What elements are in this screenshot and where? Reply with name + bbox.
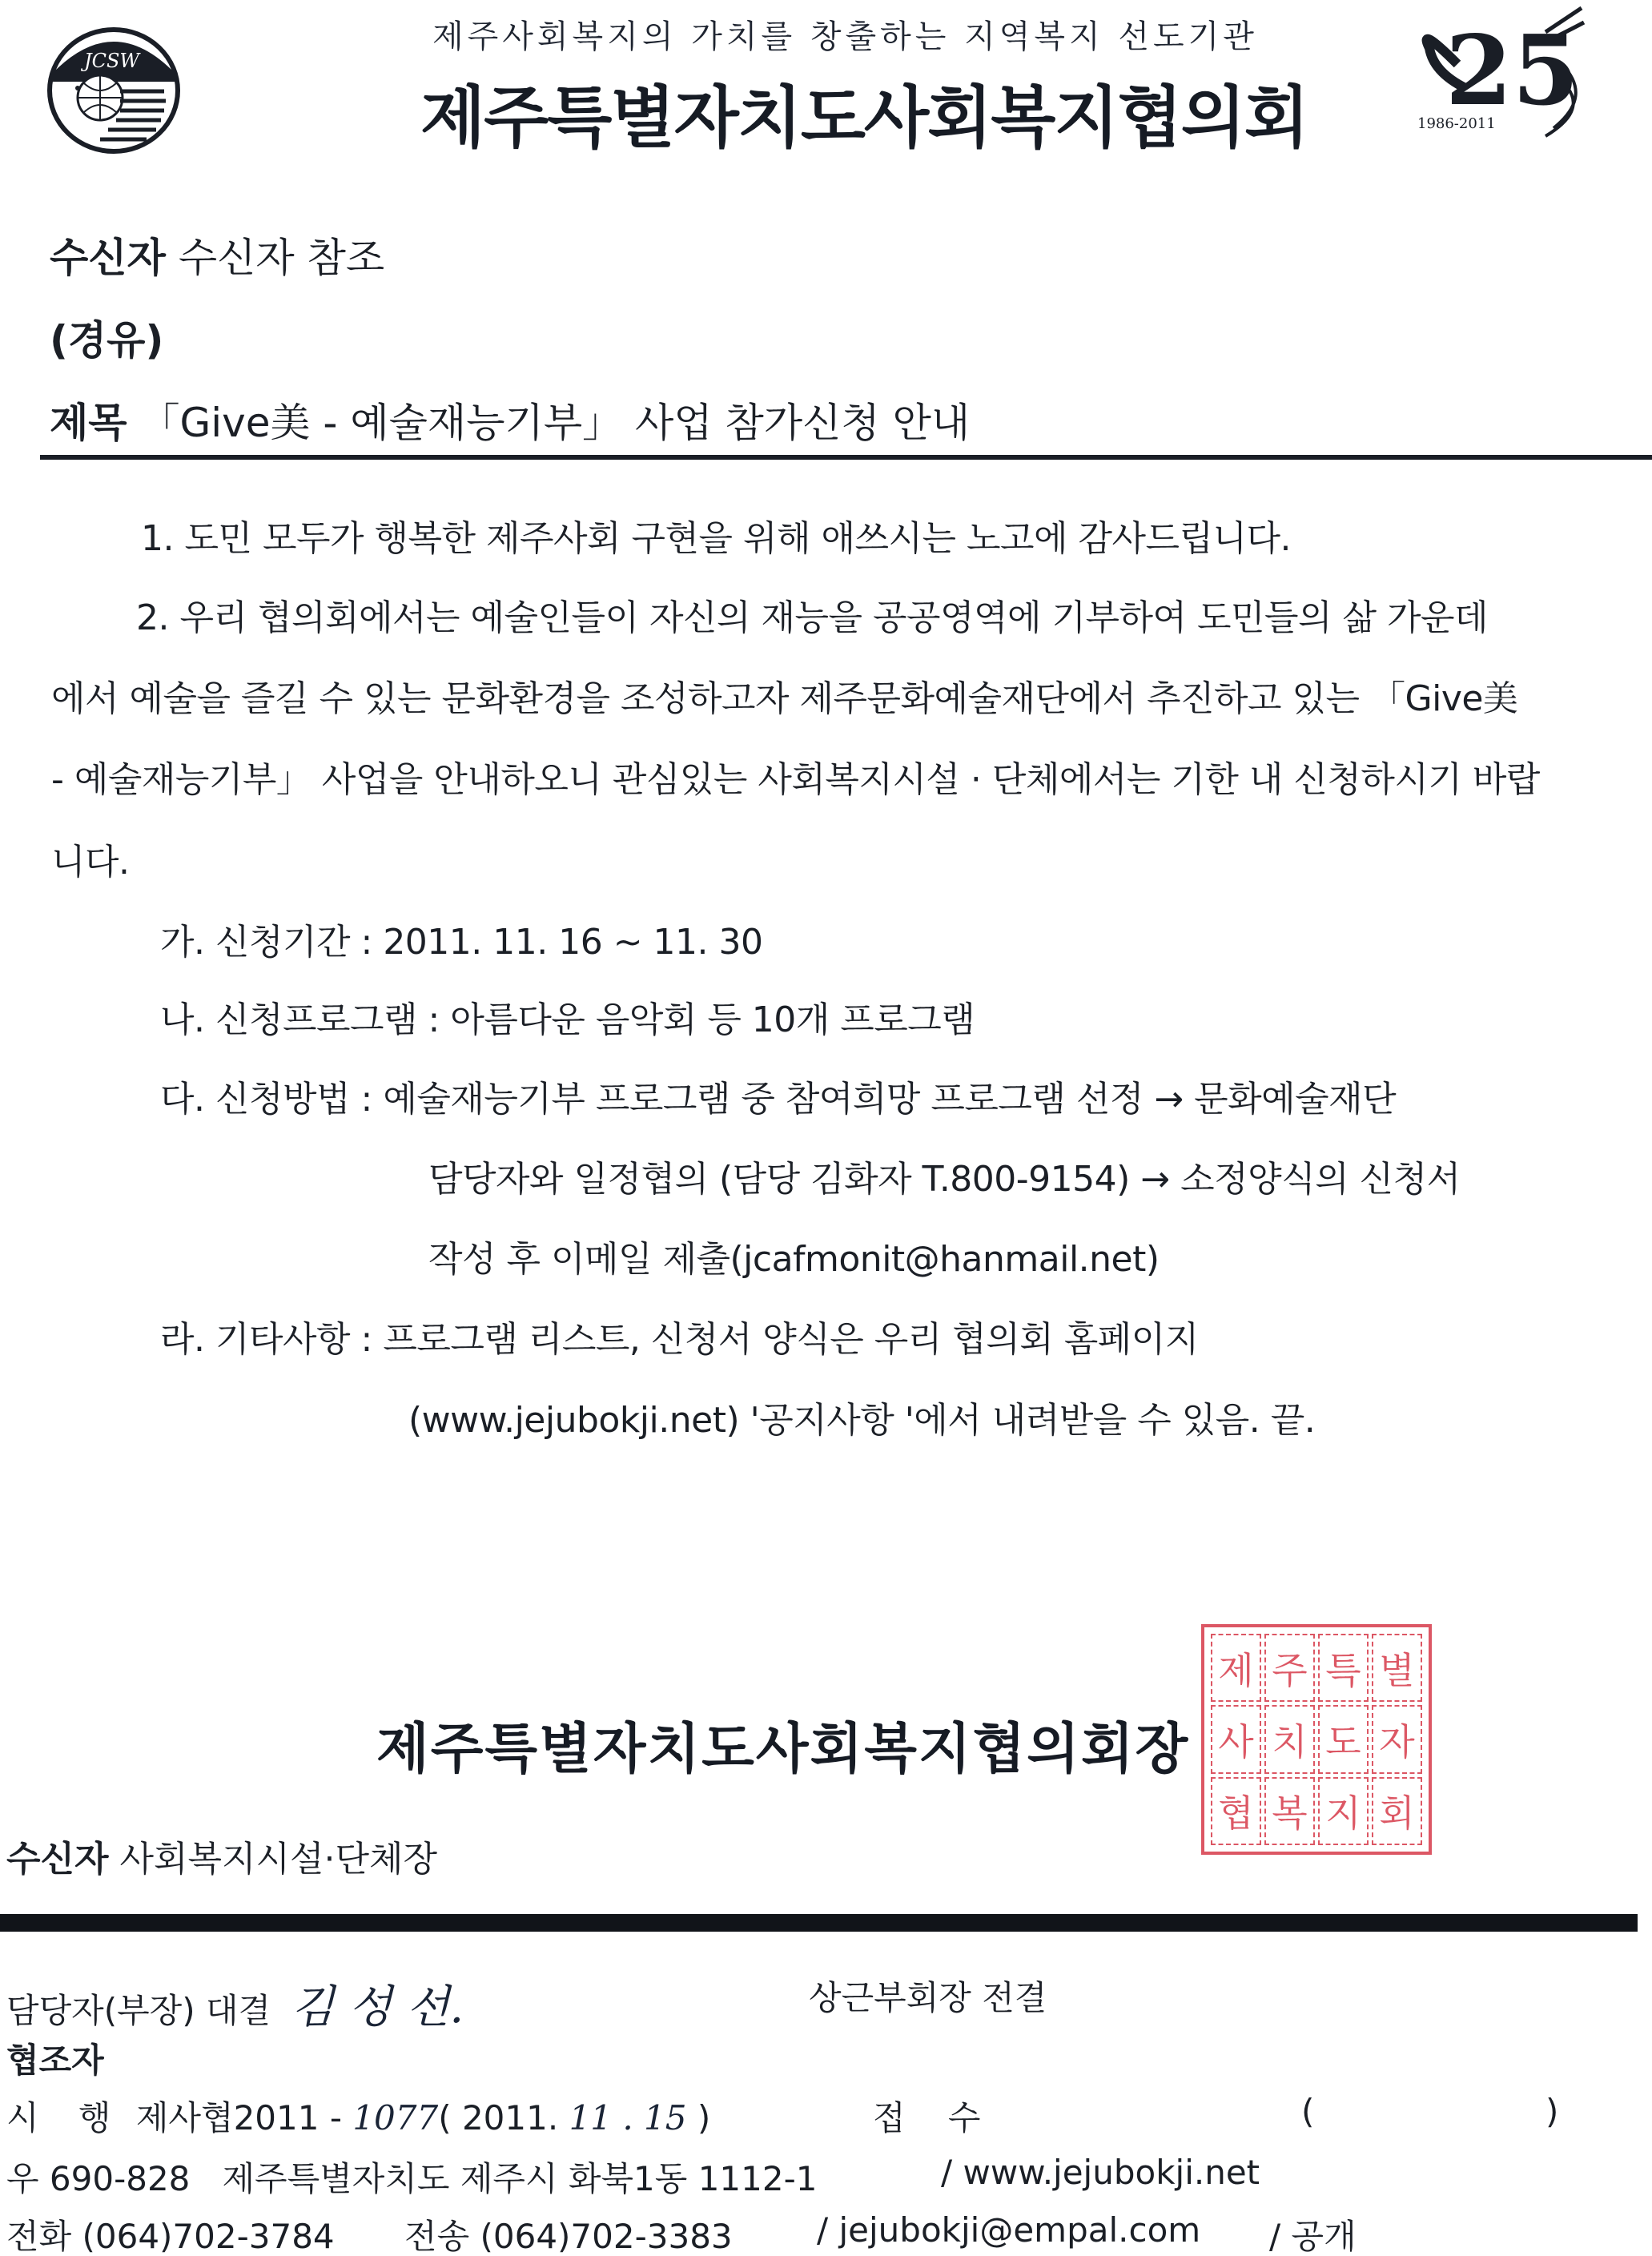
jcsw-logo: JCSW: [44, 26, 184, 155]
recipient-label: 수신자: [50, 235, 166, 281]
recipients-value: 사회복지시설·단체장: [120, 1839, 438, 1880]
seal-char: 치: [1264, 1705, 1315, 1773]
subject-label: 제목: [50, 400, 127, 446]
seal-char: 도: [1318, 1705, 1369, 1773]
svg-text:1986-2011: 1986-2011: [1417, 115, 1496, 132]
receipt-open: (: [1301, 2092, 1314, 2131]
enforcement-date-suffix: ): [697, 2098, 710, 2137]
org-slogan: 제주사회복지의 가치를 창출하는 지역복지 선도기관: [432, 11, 1258, 57]
paragraph-2-line-3: - 예술재능기부」 사업을 안내하오니 관심있는 사회복지시설 · 단체에서는 …: [51, 750, 1540, 802]
item-na-label: 나. 신청프로그램 :: [160, 999, 440, 1040]
seal-char: 사: [1211, 1705, 1261, 1773]
enforcement-label: 시 행: [6, 2098, 126, 2137]
drafter-line: 담당자(부장) 대결 김 성 선.: [6, 1972, 464, 2036]
approver: 상근부회장 전결: [809, 1972, 1047, 2020]
seal-char: 특: [1318, 1634, 1369, 1702]
fax: 전송 (064)702-3383: [404, 2210, 733, 2256]
enforcement-prefix: 제사협2011 -: [136, 2098, 342, 2137]
enforcement-line: 시 행 제사협2011 - 1077( 2011. 11 . 15 ): [6, 2092, 710, 2140]
phone: 전화 (064)702-3784: [6, 2210, 335, 2256]
enforcement-date-prefix: ( 2011.: [438, 2098, 558, 2137]
recipient-value: 수신자 참조: [179, 235, 384, 281]
svg-text:25: 25: [1445, 14, 1579, 127]
seal-char: 회: [1372, 1777, 1422, 1845]
official-seal: 제 주 특 별 사 치 도 자 협 복 지 회: [1201, 1624, 1432, 1855]
anniversary-logo: 25 1986-2011: [1409, 0, 1594, 144]
receipt-label: 접 수: [873, 2092, 997, 2140]
item-da-label: 다. 신청방법 :: [160, 1079, 372, 1120]
item-na: 나. 신청프로그램 : 아름다운 음악회 등 10개 프로그램: [160, 991, 975, 1042]
drafter-label: 담당자(부장) 대결: [6, 1991, 271, 2030]
seal-char: 별: [1372, 1634, 1422, 1702]
paragraph-2-line-1: 2. 우리 협의회에서는 예술인들이 자신의 재능을 공공영역에 기부하여 도민…: [136, 589, 1488, 640]
enforcement-date: 11 . 15: [569, 2098, 687, 2137]
receipt-close: ): [1545, 2092, 1558, 2131]
disclosure-status: / 공개: [1269, 2210, 1357, 2256]
item-ra-value-1: 프로그램 리스트, 신청서 양식은 우리 협의회 홈페이지: [383, 1319, 1199, 1360]
recipients-line: 수신자 사회복지시설·단체장: [6, 1830, 437, 1881]
drafter-signature: 김 성 선.: [291, 1981, 464, 2033]
item-ga-label: 가. 신청기간 :: [160, 922, 372, 963]
seal-char: 지: [1318, 1777, 1369, 1845]
item-ra-value-2: (www.jejubokji.net) '공지사항 '에서 내려받을 수 있음.…: [408, 1391, 1315, 1442]
email-link[interactable]: / jejubokji@empal.com: [817, 2210, 1200, 2250]
item-na-value: 아름다운 음악회 등 10개 프로그램: [450, 999, 975, 1040]
seal-char: 자: [1372, 1705, 1422, 1773]
item-ra-label: 라. 기타사항 :: [160, 1319, 372, 1360]
enforcement-number: 1077: [352, 2098, 438, 2137]
item-da: 다. 신청방법 : 예술재능기부 프로그램 중 참여희망 프로그램 선정 → 문…: [160, 1070, 1396, 1121]
footer-divider: [0, 1914, 1638, 1932]
item-da-value-2: 담당자와 일정협의 (담당 김화자 T.800-9154) → 소정양식의 신청…: [428, 1150, 1461, 1201]
postal-code: 우 690-828: [6, 2159, 190, 2198]
address: 제주특별자치도 제주시 화북1동 1112-1: [222, 2159, 817, 2198]
cooperator-label: 협조자: [6, 2034, 104, 2082]
paragraph-2-line-2: 에서 예술을 즐길 수 있는 문화환경을 조성하고자 제주문화예술재단에서 추진…: [51, 670, 1517, 721]
item-da-value-3: 작성 후 이메일 제출(jcafmonit@hanmail.net): [428, 1230, 1160, 1281]
seal-char: 제: [1211, 1634, 1261, 1702]
item-ga: 가. 신청기간 : 2011. 11. 16 ~ 11. 30: [160, 913, 763, 964]
via-label: (경유): [50, 317, 163, 364]
paragraph-1: 1. 도민 모두가 행복한 제주사회 구현을 위해 애쓰시는 노고에 감사드립니…: [141, 509, 1291, 561]
subject-value: 「Give美 - 예술재능기부」 사업 참가신청 안내: [140, 400, 971, 446]
address-line: 우 690-828 제주특별자치도 제주시 화북1동 1112-1: [6, 2153, 817, 2201]
svg-text:JCSW: JCSW: [80, 50, 141, 72]
item-ga-value: 2011. 11. 16 ~ 11. 30: [383, 922, 762, 963]
recipients-label: 수신자: [6, 1839, 109, 1880]
website-link[interactable]: / www.jejubokji.net: [941, 2153, 1260, 2192]
header-divider: [40, 455, 1652, 460]
seal-char: 협: [1211, 1777, 1261, 1845]
item-ra: 라. 기타사항 : 프로그램 리스트, 신청서 양식은 우리 협의회 홈페이지: [160, 1310, 1199, 1361]
via-line: (경유): [50, 308, 163, 366]
seal-char: 주: [1264, 1634, 1315, 1702]
paragraph-2-line-4: 니다.: [51, 833, 130, 884]
org-title: 제주특별자치도사회복지협의회: [420, 64, 1308, 161]
item-da-value-1: 예술재능기부 프로그램 중 참여희망 프로그램 선정 → 문화예술재단: [383, 1079, 1396, 1120]
seal-char: 복: [1264, 1777, 1315, 1845]
recipient-line: 수신자 수신자 참조: [50, 226, 384, 284]
signatory-title: 제주특별자치도사회복지협의회장: [376, 1706, 1189, 1783]
subject-line: 제목 「Give美 - 예술재능기부」 사업 참가신청 안내: [50, 391, 970, 448]
